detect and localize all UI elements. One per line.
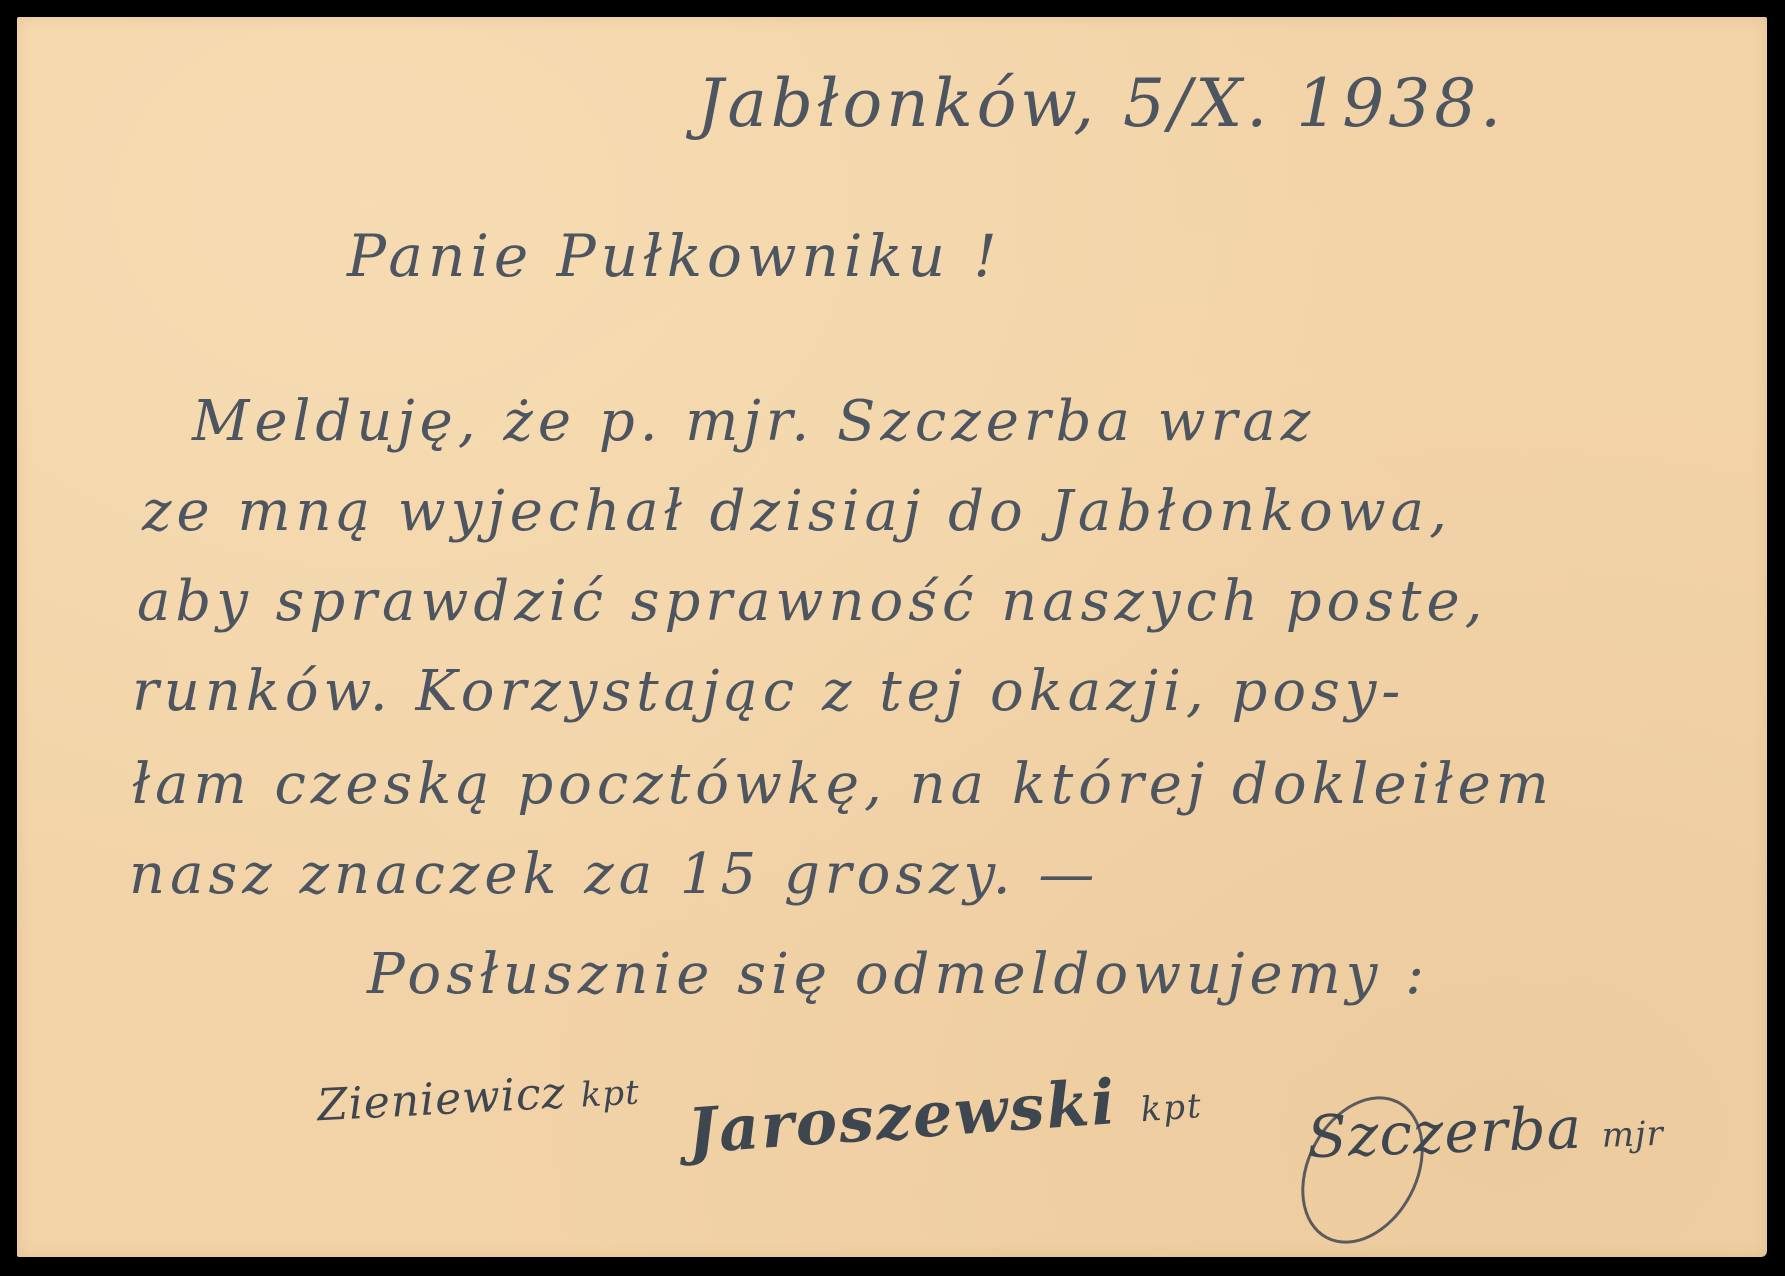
letter-line-3: aby sprawdzić sprawność naszych poste, <box>137 569 1487 634</box>
signature-2: Jaroszewski kpt <box>685 1059 1204 1168</box>
letter-line-2: ze mną wyjechał dzisiaj do Jabłonkowa, <box>142 479 1452 544</box>
signature-1: Zieniewicz kpt <box>316 1064 641 1132</box>
letter-line-5: łam czeską pocztówkę, na której dokleiłe… <box>132 752 1554 817</box>
letter-line-6: nasz znaczek za 15 groszy. — <box>129 842 1099 907</box>
letter-line-1: Melduję, że p. mjr. Szczerba wraz <box>192 389 1315 454</box>
postcard: Jabłonków, 5/X. 1938. Panie Pułkowniku !… <box>17 17 1767 1257</box>
signature-3-name: Szczerba <box>1306 1094 1583 1172</box>
signature-2-rank: kpt <box>1139 1086 1204 1130</box>
salutation: Panie Pułkowniku ! <box>347 222 1002 290</box>
signature-1-name: Zieniewicz <box>316 1067 567 1131</box>
signature-3-rank: mjr <box>1601 1114 1664 1156</box>
signature-3: Szczerba mjr <box>1306 1091 1665 1171</box>
place-date: Jabłonków, 5/X. 1938. <box>697 65 1505 142</box>
letter-line-4: runków. Korzystając z tej okazji, posy- <box>132 659 1405 724</box>
closing-line: Posłusznie się odmeldowujemy : <box>367 942 1429 1007</box>
signature-2-name: Jaroszewski <box>685 1065 1119 1168</box>
signature-1-rank: kpt <box>580 1073 641 1116</box>
